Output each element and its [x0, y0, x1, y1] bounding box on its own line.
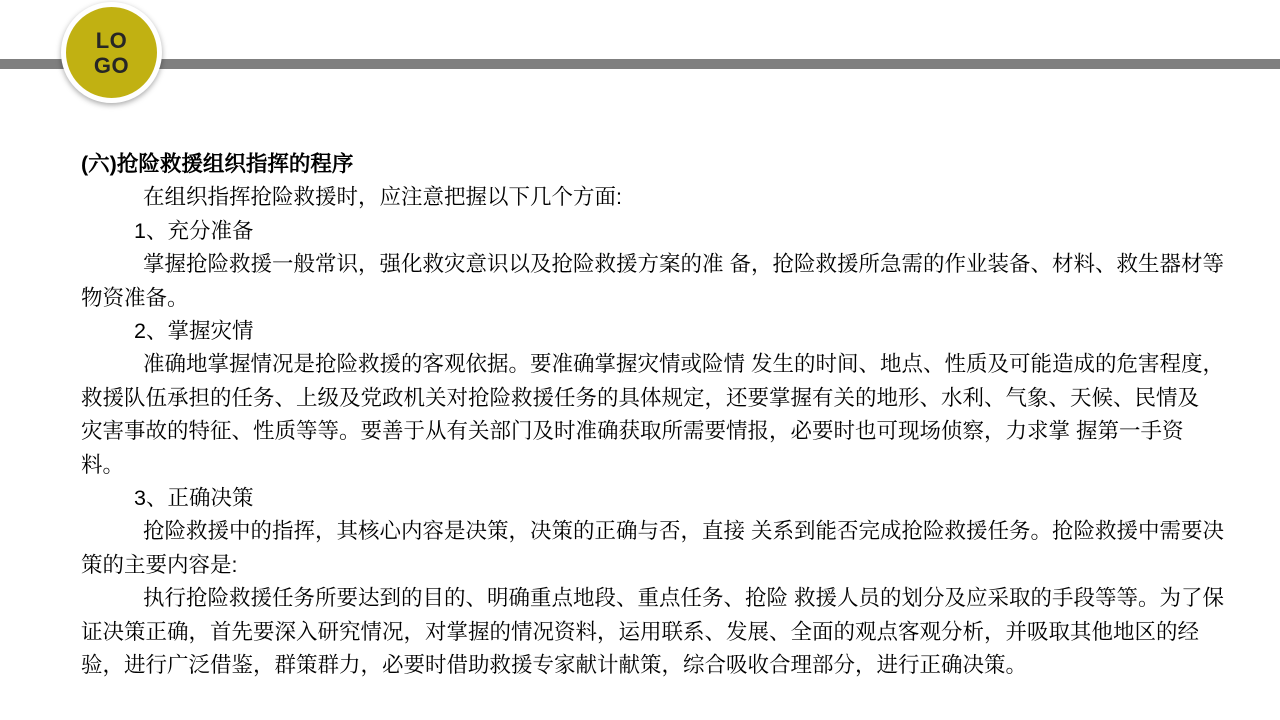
text-line: 物资准备。 — [81, 282, 1241, 315]
text-line: 证决策正确，首先要深入研究情况，对掌握的情况资料，运用联系、发展、全面的观点客观… — [81, 616, 1241, 649]
text-line: 3、正确决策 — [81, 482, 1241, 515]
text-line: 1、充分准备 — [81, 215, 1241, 248]
text-line: 抢险救援中的指挥，其核心内容是决策，决策的正确与否，直接 关系到能否完成抢险救援… — [81, 515, 1241, 548]
text-line: 在组织指挥抢险救援时，应注意把握以下几个方面: — [81, 181, 1241, 214]
content-lines: 在组织指挥抢险救援时，应注意把握以下几个方面:1、充分准备掌握抢险救援一般常识，… — [81, 181, 1241, 682]
divider-bar — [0, 59, 1280, 69]
text-line: 灾害事故的特征、性质等等。要善于从有关部门及时准确获取所需要情报，必要时也可现场… — [81, 415, 1241, 448]
text-line: 执行抢险救援任务所要达到的目的、明确重点地段、重点任务、抢险 救援人员的划分及应… — [81, 582, 1241, 615]
text-line: 掌握抢险救援一般常识，强化救灾意识以及抢险救援方案的准 备，抢险救援所急需的作业… — [81, 248, 1241, 281]
section-title: (六)抢险救援组织指挥的程序 — [81, 148, 1241, 181]
text-line: 料。 — [81, 449, 1241, 482]
slide: LO GO (六)抢险救援组织指挥的程序 在组织指挥抢险救援时，应注意把握以下几… — [0, 0, 1280, 720]
slide-body: (六)抢险救援组织指挥的程序 在组织指挥抢险救援时，应注意把握以下几个方面:1、… — [81, 148, 1241, 683]
logo-badge: LO GO — [61, 2, 162, 103]
text-line: 验，进行广泛借鉴，群策群力，必要时借助救援专家献计献策，综合吸收合理部分，进行正… — [81, 649, 1241, 682]
text-line: 2、掌握灾情 — [81, 315, 1241, 348]
text-line: 策的主要内容是: — [81, 549, 1241, 582]
text-line: 救援队伍承担的任务、上级及党政机关对抢险救援任务的具体规定，还要掌握有关的地形、… — [81, 382, 1241, 415]
logo-text-line2: GO — [94, 53, 129, 78]
logo-text-line1: LO — [96, 28, 128, 53]
text-line: 准确地掌握情况是抢险救援的客观依据。要准确掌握灾情或险情 发生的时间、地点、性质… — [81, 348, 1241, 381]
